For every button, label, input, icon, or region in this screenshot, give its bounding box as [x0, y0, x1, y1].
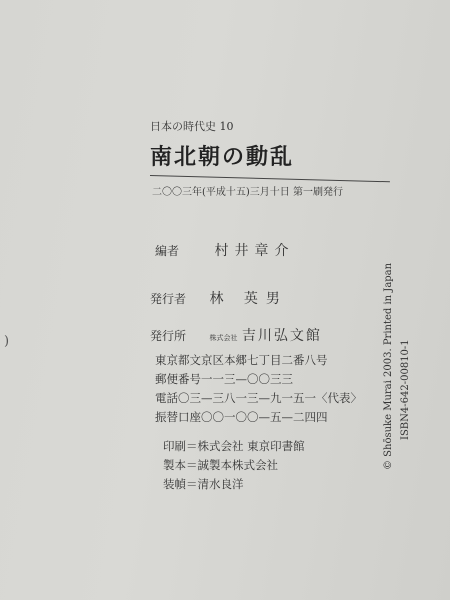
publisher-house-name: 吉川弘文館 [242, 328, 322, 344]
phone-line: 電話〇三—三八一三—九一五一〈代表〉 [155, 390, 362, 406]
transfer-account-line: 振替口座〇〇一〇〇—五—二四四 [155, 409, 328, 425]
paren-fragment: ) [4, 334, 9, 349]
publisher-house-prefix: 株式会社 [209, 334, 237, 342]
publisher-person-label: 発行者 [150, 290, 205, 307]
divider-rule [150, 175, 390, 182]
publisher-person-name: 林 英男 [209, 291, 287, 307]
editor-name: 村井章介 [214, 243, 294, 259]
editor-label: 編者 [155, 242, 210, 259]
postal-code-line: 郵便番号一一三—〇〇三三 [155, 371, 293, 387]
binder-line: 製本＝誠製本株式会社 [163, 457, 278, 473]
publisher-person-row: 発行者 林 英男 [150, 288, 288, 308]
publisher-house-label: 発行所 [150, 327, 205, 344]
series-label: 日本の時代史 10 [150, 118, 234, 134]
printer-line: 印刷＝株式会社 東京印書館 [163, 438, 305, 454]
designer-line: 装幀＝清水良洋 [163, 476, 244, 492]
editor-row: 編者 村井章介 [155, 240, 294, 260]
publisher-house-row: 発行所 株式会社 吉川弘文館 [150, 325, 322, 345]
copyright-line: © Shōsuke Murai 2003. Printed in Japan [383, 263, 394, 470]
book-title: 南北朝の動乱 [150, 140, 294, 171]
address-line: 東京都文京区本郷七丁目二番八号 [155, 352, 328, 368]
publication-date: 二〇〇三年(平成十五)三月十日 第一刷発行 [152, 183, 343, 198]
isbn-line: ISBN4-642-00810-1 [400, 339, 411, 440]
